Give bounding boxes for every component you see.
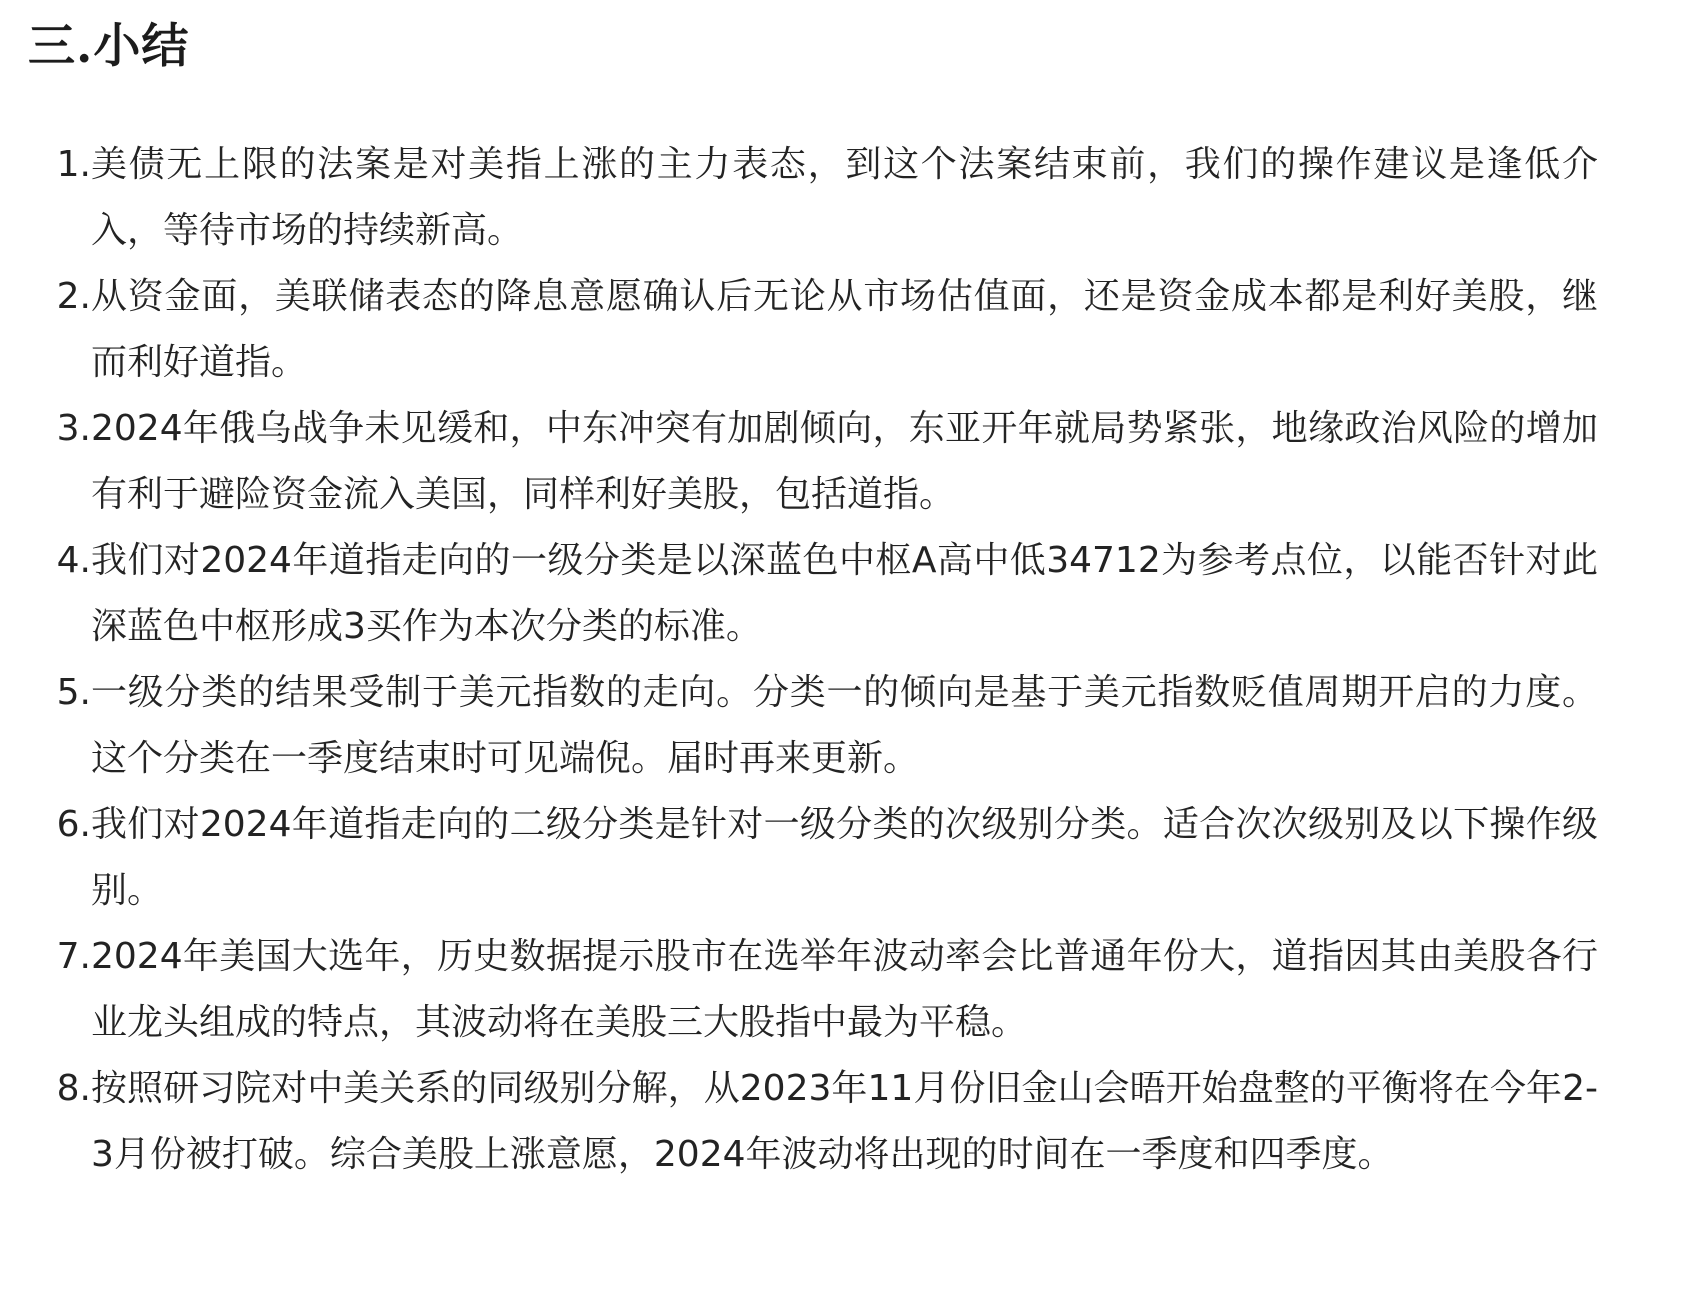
list-item-text: 我们对2024年道指走向的一级分类是以深蓝色中枢A高中低34712为参考点位，以… xyxy=(91,528,1598,660)
document-page: 三.小结 1. 美债无上限的法案是对美指上涨的主力表态，到这个法案结束前，我们的… xyxy=(0,0,1690,1296)
list-item-text: 2024年美国大选年，历史数据提示股市在选举年波动率会比普通年份大，道指因其由美… xyxy=(91,924,1598,1056)
list-item: 2. 从资金面，美联储表态的降息意愿确认后无论从市场估值面，还是资金成本都是利好… xyxy=(55,264,1598,396)
list-item: 6. 我们对2024年道指走向的二级分类是针对一级分类的次级别分类。适合次次级别… xyxy=(55,792,1598,924)
list-item: 4. 我们对2024年道指走向的一级分类是以深蓝色中枢A高中低34712为参考点… xyxy=(55,528,1598,660)
list-item-number: 5. xyxy=(55,660,91,726)
list-item: 1. 美债无上限的法案是对美指上涨的主力表态，到这个法案结束前，我们的操作建议是… xyxy=(55,132,1598,264)
list-item-text: 2024年俄乌战争未见缓和，中东冲突有加剧倾向，东亚开年就局势紧张，地缘政治风险… xyxy=(91,396,1598,528)
list-item-text: 一级分类的结果受制于美元指数的走向。分类一的倾向是基于美元指数贬值周期开启的力度… xyxy=(91,660,1598,792)
list-item-text: 我们对2024年道指走向的二级分类是针对一级分类的次级别分类。适合次次级别及以下… xyxy=(91,792,1598,924)
list-item: 5. 一级分类的结果受制于美元指数的走向。分类一的倾向是基于美元指数贬值周期开启… xyxy=(55,660,1598,792)
list-item-text: 美债无上限的法案是对美指上涨的主力表态，到这个法案结束前，我们的操作建议是逢低介… xyxy=(91,132,1598,264)
list-item-text: 按照研习院对中美关系的同级别分解，从2023年11月份旧金山会晤开始盘整的平衡将… xyxy=(91,1056,1598,1188)
list-item-number: 3. xyxy=(55,396,91,462)
list-item-text: 从资金面，美联储表态的降息意愿确认后无论从市场估值面，还是资金成本都是利好美股，… xyxy=(91,264,1598,396)
list-item-number: 2. xyxy=(55,264,91,330)
list-item-number: 1. xyxy=(55,132,91,198)
list-item: 8. 按照研习院对中美关系的同级别分解，从2023年11月份旧金山会晤开始盘整的… xyxy=(55,1056,1598,1188)
list-item-number: 8. xyxy=(55,1056,91,1122)
page-title: 三.小结 xyxy=(28,16,1598,78)
list-item-number: 7. xyxy=(55,924,91,990)
list-item: 3. 2024年俄乌战争未见缓和，中东冲突有加剧倾向，东亚开年就局势紧张，地缘政… xyxy=(55,396,1598,528)
summary-list: 1. 美债无上限的法案是对美指上涨的主力表态，到这个法案结束前，我们的操作建议是… xyxy=(28,132,1598,1188)
list-item-number: 6. xyxy=(55,792,91,858)
list-item-number: 4. xyxy=(55,528,91,594)
list-item: 7. 2024年美国大选年，历史数据提示股市在选举年波动率会比普通年份大，道指因… xyxy=(55,924,1598,1056)
